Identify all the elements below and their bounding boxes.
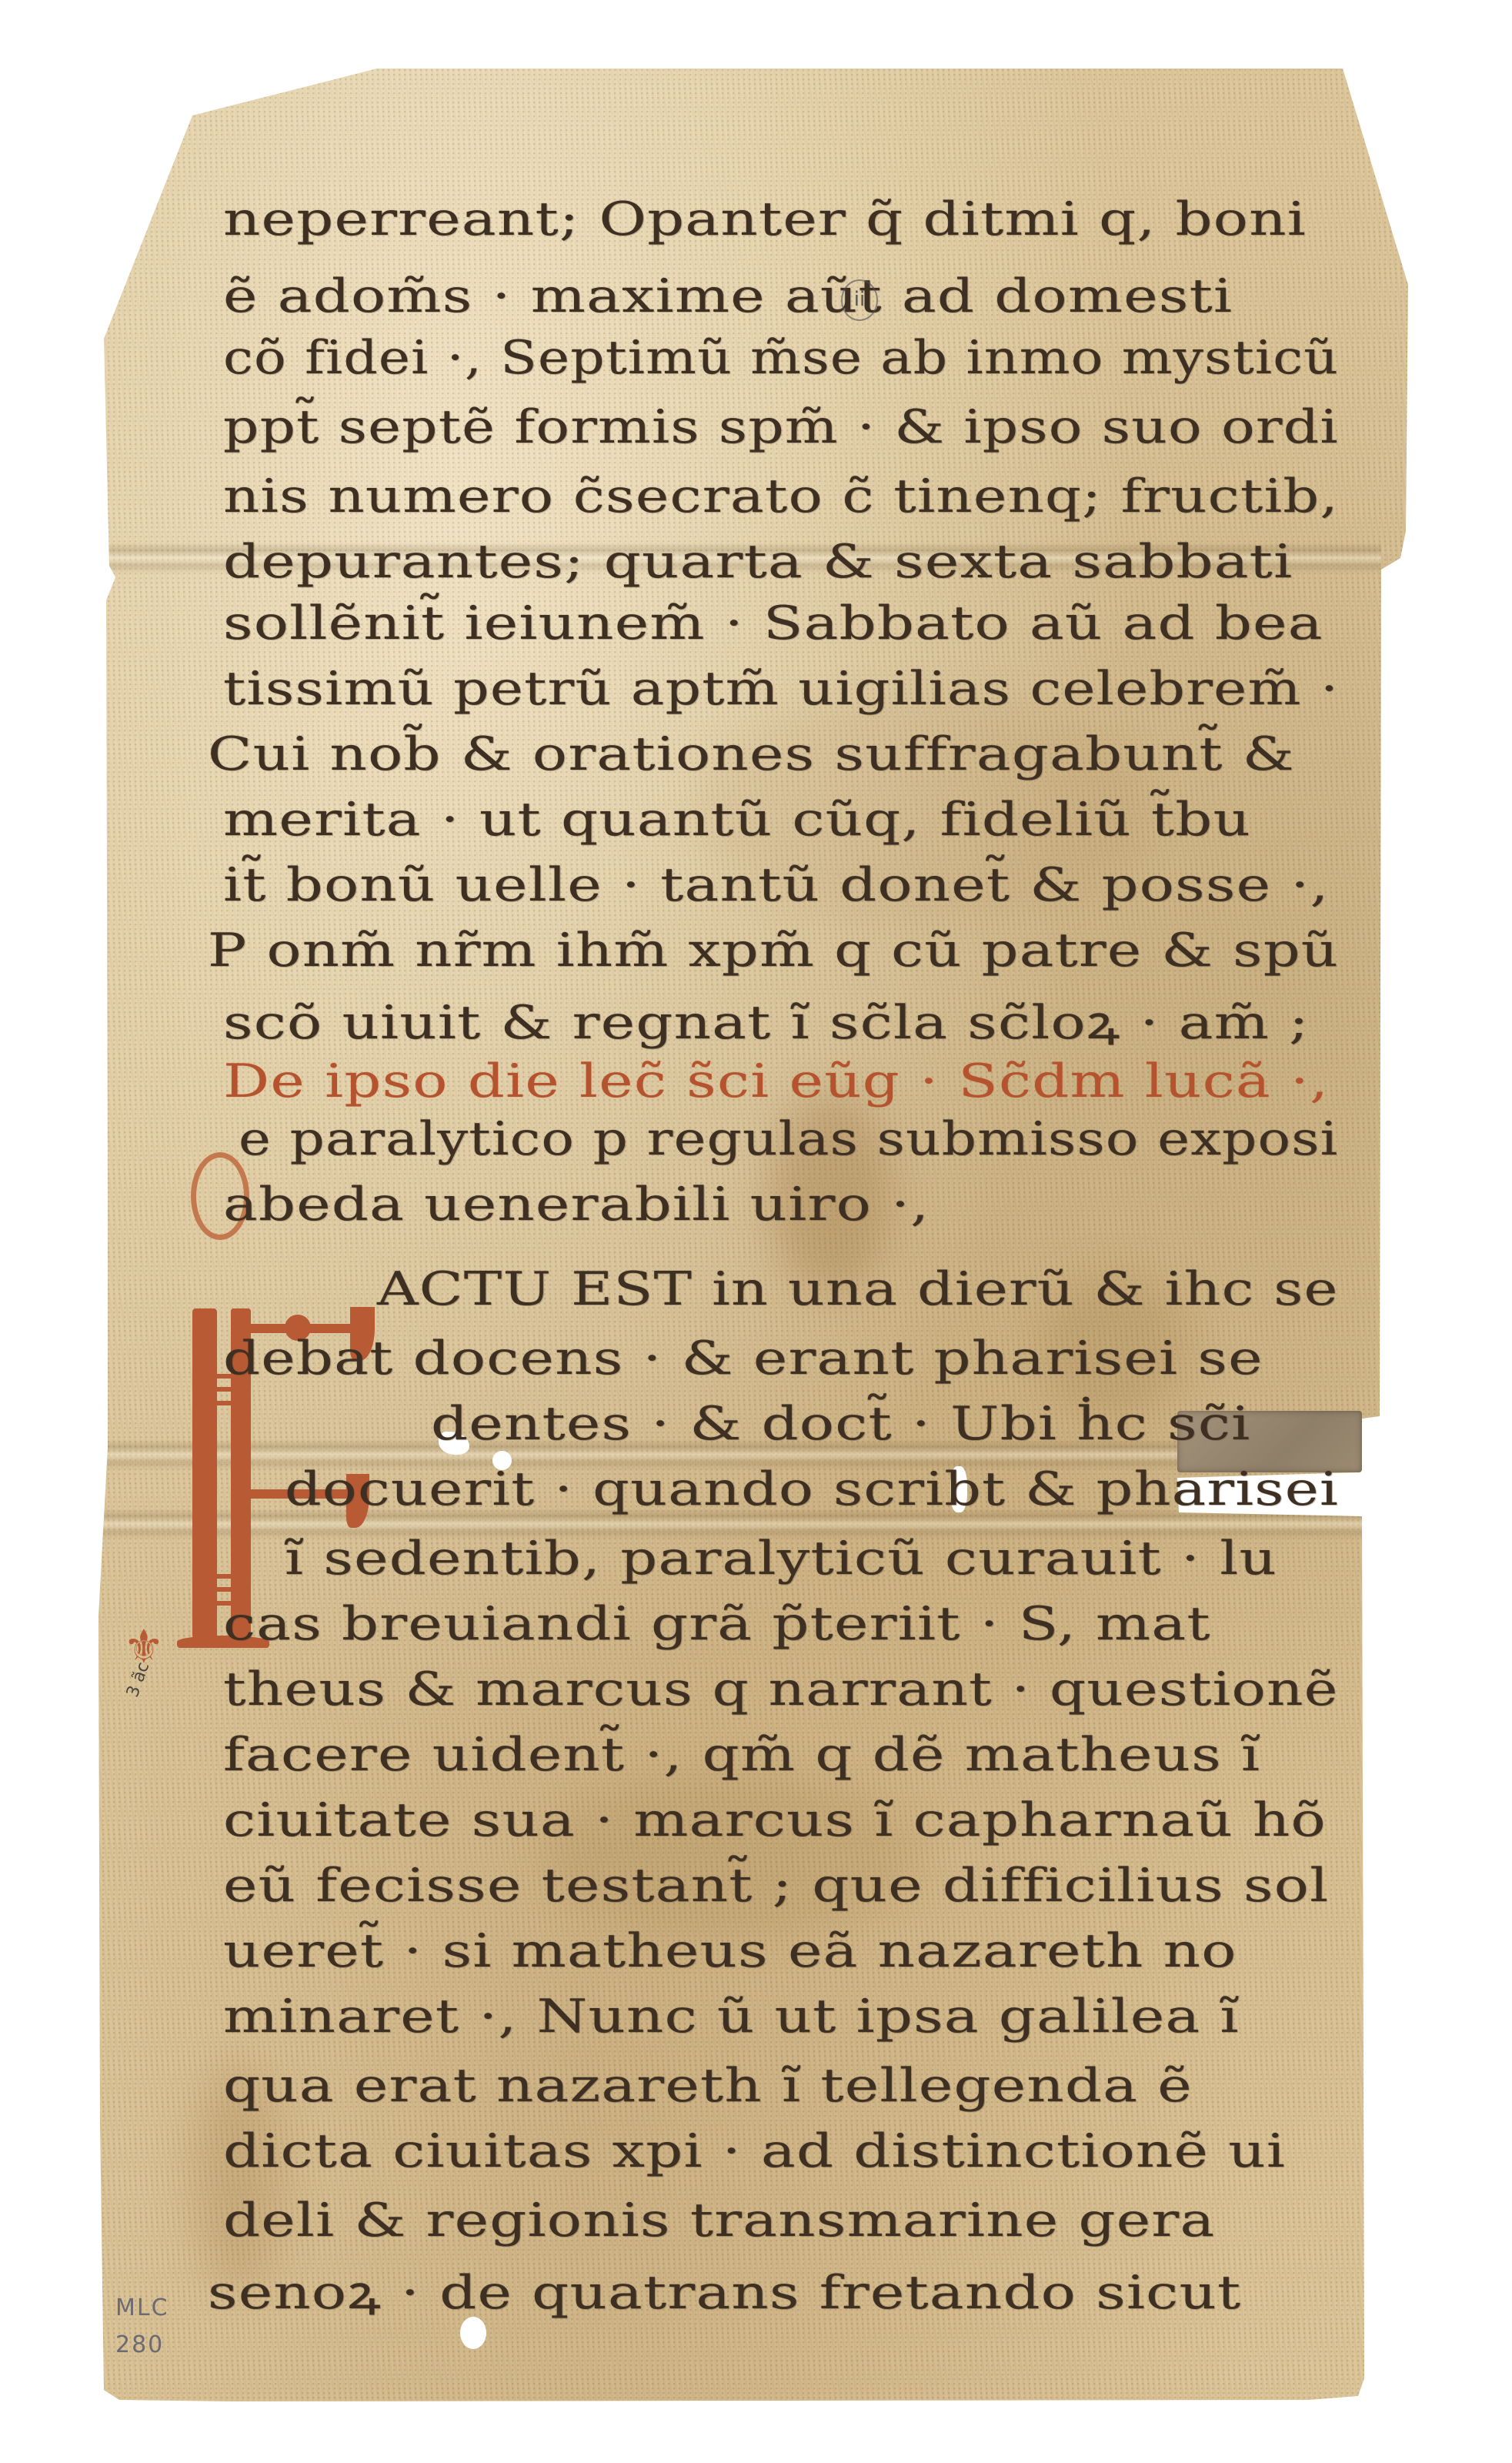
manuscript-text: neperreant; Opanter q̃ ditmi q, boni ẽ a… (0, 0, 1512, 2463)
text-line: Cui nob̃ & orationes suffragabunt̃ & (208, 727, 1295, 781)
rubric-line: De ipso die lec̃ s̃ci eũg · Sc̃dm lucã ·… (223, 1054, 1329, 1108)
text-line: P onm̃ nr̃m ihm̃ xpm̃ q cũ patre & spũ (208, 924, 1339, 978)
text-line: ppt̃ septẽ formis spm̃ · & ipso suo ordi (223, 400, 1339, 454)
text-line: qua erat nazareth ĩ tellegenda ẽ (223, 2059, 1193, 2113)
text-line: merita · ut quantũ cũq, fideliũ t̃bu (223, 793, 1251, 847)
text-line: cõ fidei ·, Septimũ m̃se ab inmo mysticũ (223, 331, 1339, 385)
text-line: debat docens · & erant pharisei se (223, 1332, 1263, 1385)
text-line: dicta ciuitas xpi · ad distinctionẽ ui (223, 2124, 1286, 2178)
text-line: e paralytico p regulas submisso exposi (239, 1112, 1338, 1166)
text-line: abeda uenerabili uiro ·, (223, 1178, 930, 1231)
text-line: neperreant; Opanter q̃ ditmi q, boni (223, 192, 1307, 246)
text-line: ĩ sedentib, paralyticũ curauit · lu (285, 1532, 1277, 1586)
shelfmark: MLC 280 (115, 2290, 169, 2364)
text-line: ciuitate sua · marcus ĩ capharnaũ hõ (223, 1793, 1327, 1847)
shelfmark-line: MLC (115, 2290, 169, 2327)
text-line: scõ uiuit & regnat ĩ sc̃la sc̃loꝝ · am̃ … (223, 989, 1310, 1052)
text-line: dentes · & doct̃ · Ubi ḣc sc̃i (431, 1397, 1250, 1451)
text-line: minaret ·, Nunc ũ ut ipsa galilea ĩ (223, 1990, 1240, 2044)
text-line: ueret̃ · si matheus eã nazareth no (223, 1924, 1237, 1978)
text-line: theus & marcus q narrant · questionẽ (223, 1663, 1339, 1716)
shelfmark-line: 280 (115, 2327, 169, 2364)
text-line: tissimũ petrũ aptm̃ uigilias celebrem̃ · (223, 662, 1339, 716)
text-line: cas breuiandi grã p̃teriit · S, mat (223, 1597, 1211, 1651)
text-line: docuerit · quando scribt & pharisei (285, 1462, 1339, 1516)
text-line: deli & regionis transmarine gera (223, 2194, 1215, 2247)
text-line: nis numero c̃secrato c̃ tinenq; fructib, (223, 470, 1339, 523)
text-line: eũ fecisse testant̃ ; que difficilius so… (223, 1859, 1329, 1913)
text-line: sollẽnit̃ ieiunem̃ · Sabbato aũ ad bea (223, 597, 1323, 650)
text-line: ẽ adom̃s · maxime aũt ad domesti (223, 269, 1233, 323)
text-line: senoꝝ · de quatrans fretando sicut (208, 2259, 1241, 2322)
text-line: it̃ bonũ uelle · tantũ donet̃ & posse ·, (223, 858, 1330, 912)
text-line: facere uident̃ ·, qm̃ q dẽ matheus ĩ (223, 1728, 1260, 1782)
text-line: ACTU EST in una dierũ & ihc se (377, 1262, 1339, 1316)
text-line: depurantes; quarta & sexta sabbati (223, 535, 1293, 589)
circled-mark: ii (841, 279, 878, 321)
